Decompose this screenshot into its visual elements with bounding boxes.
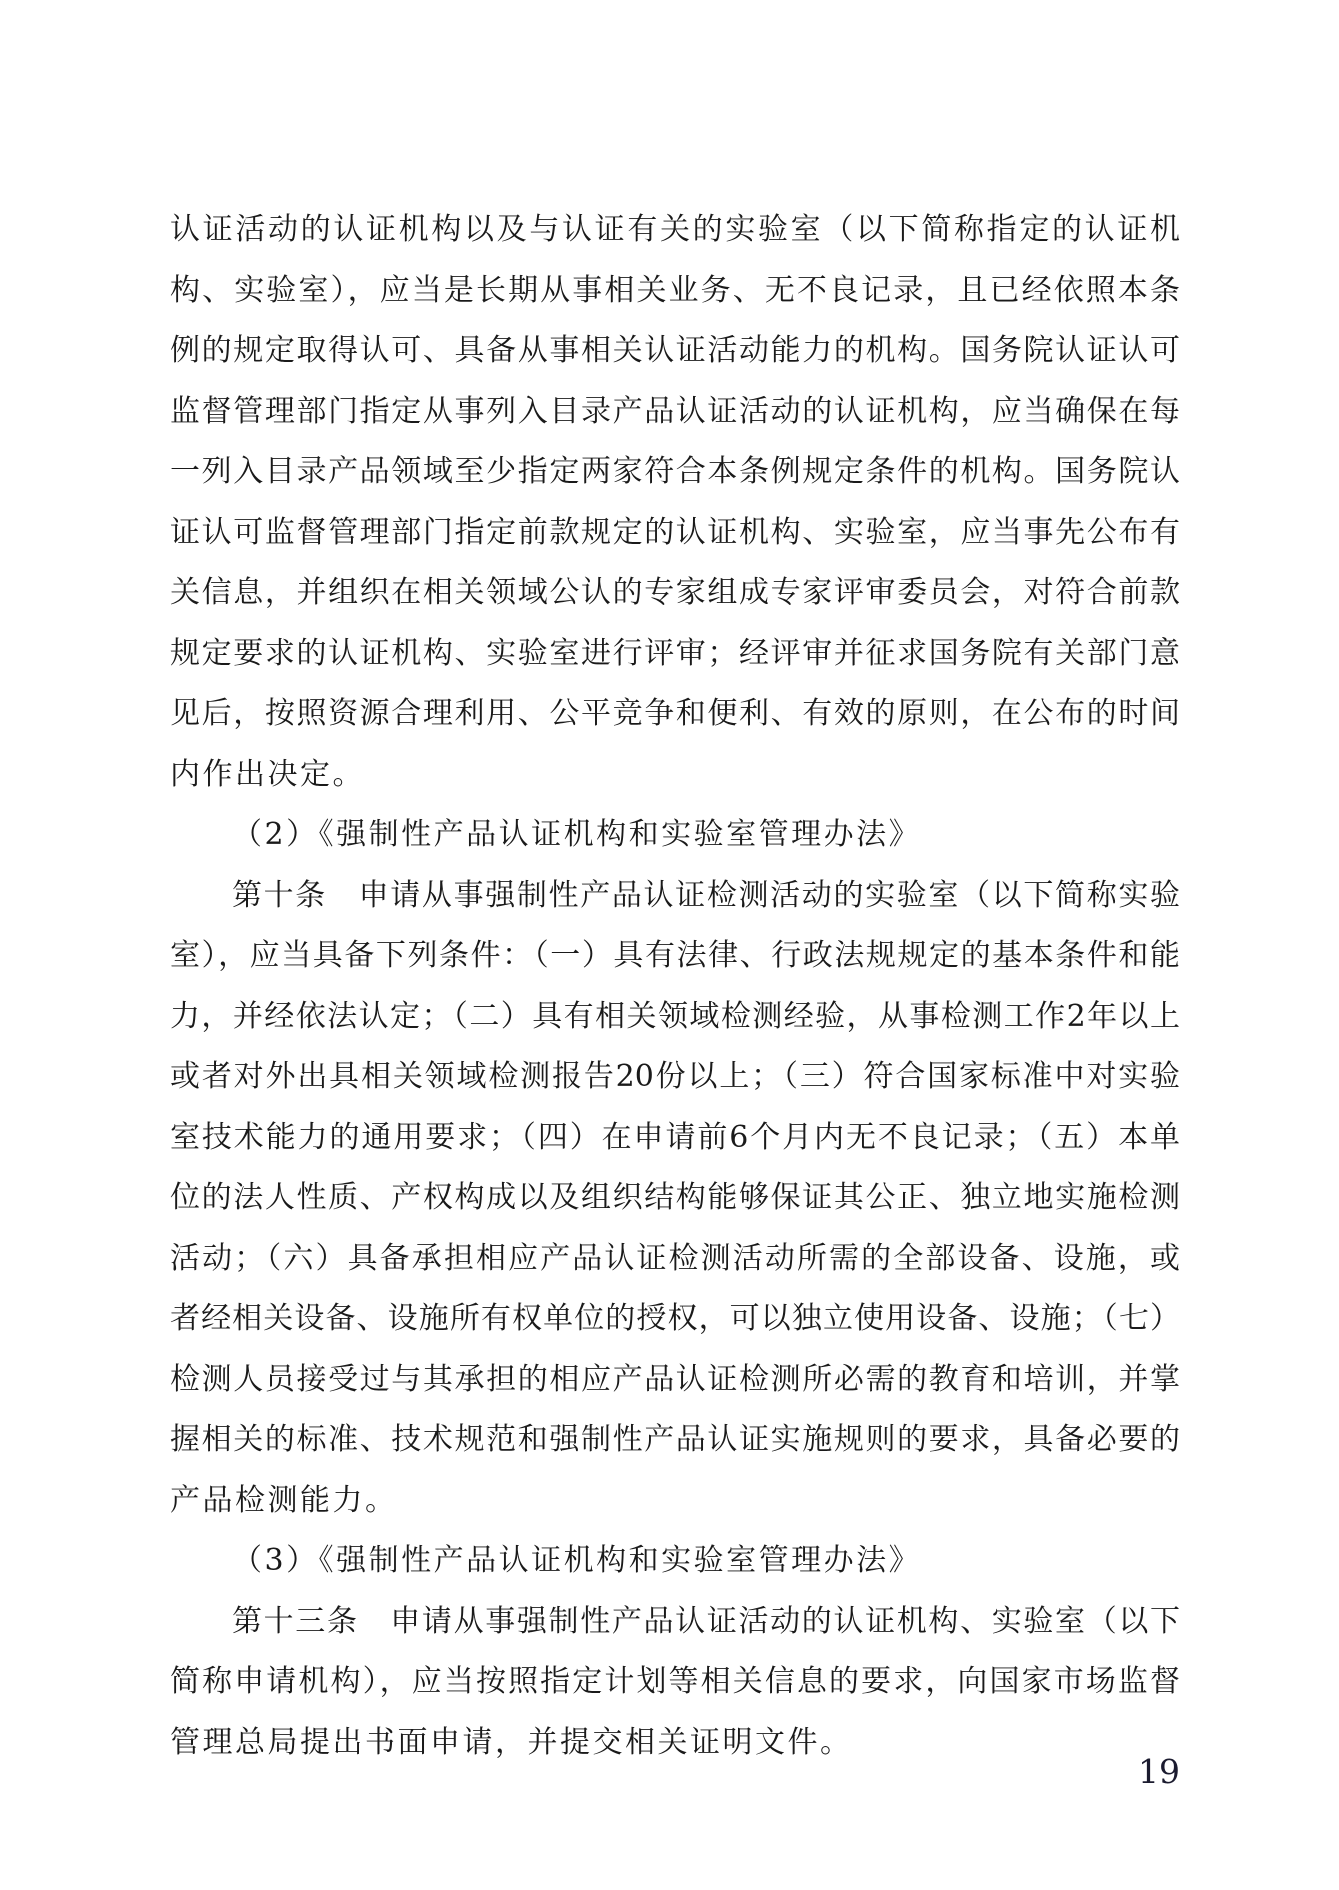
text-line: 室技术能力的通用要求；（四）在申请前6个月内无不良记录；（五）本单: [170, 1108, 1180, 1169]
text-line: 认证活动的认证机构以及与认证有关的实验室（以下简称指定的认证机: [170, 200, 1180, 261]
section-item-heading: （3）《强制性产品认证机构和实验室管理办法》: [170, 1531, 1180, 1592]
section-item-heading: （2）《强制性产品认证机构和实验室管理办法》: [170, 805, 1180, 866]
text-line: 检测人员接受过与其承担的相应产品认证检测所必需的教育和培训，并掌: [170, 1350, 1180, 1411]
text-line: 关信息，并组织在相关领域公认的专家组成专家评审委员会，对符合前款: [170, 563, 1180, 624]
text-line: 管理总局提出书面申请，并提交相关证明文件。: [170, 1713, 1180, 1774]
text-line: 证认可监督管理部门指定前款规定的认证机构、实验室，应当事先公布有: [170, 503, 1180, 564]
text-line: 产品检测能力。: [170, 1471, 1180, 1532]
text-line: 力，并经依法认定；（二）具有相关领域检测经验，从事检测工作2年以上: [170, 987, 1180, 1048]
text-line: 构、实验室），应当是长期从事相关业务、无不良记录，且已经依照本条: [170, 261, 1180, 322]
text-line: 位的法人性质、产权构成以及组织结构能够保证其公正、独立地实施检测: [170, 1168, 1180, 1229]
document-page: { "page": { "number": "19" }, "document"…: [0, 0, 1339, 1890]
text-line: 者经相关设备、设施所有权单位的授权，可以独立使用设备、设施；（七）: [170, 1289, 1180, 1350]
document-body: 认证活动的认证机构以及与认证有关的实验室（以下简称指定的认证机构、实验室），应当…: [170, 200, 1180, 1773]
text-line: 一列入目录产品领域至少指定两家符合本条例规定条件的机构。国务院认: [170, 442, 1180, 503]
text-line: 握相关的标准、技术规范和强制性产品认证实施规则的要求，具备必要的: [170, 1410, 1180, 1471]
text-line: 室），应当具备下列条件：（一）具有法律、行政法规规定的基本条件和能: [170, 926, 1180, 987]
text-line: 第十三条 申请从事强制性产品认证活动的认证机构、实验室（以下: [170, 1592, 1180, 1653]
page-number: 19: [1120, 1750, 1180, 1794]
text-line: 规定要求的认证机构、实验室进行评审；经评审并征求国务院有关部门意: [170, 624, 1180, 685]
text-line: 或者对外出具相关领域检测报告20份以上；（三）符合国家标准中对实验: [170, 1047, 1180, 1108]
text-line: 内作出决定。: [170, 745, 1180, 806]
text-line: 例的规定取得认可、具备从事相关认证活动能力的机构。国务院认证认可: [170, 321, 1180, 382]
text-line: 活动；（六）具备承担相应产品认证检测活动所需的全部设备、设施，或: [170, 1229, 1180, 1290]
text-line: 监督管理部门指定从事列入目录产品认证活动的认证机构，应当确保在每: [170, 382, 1180, 443]
text-line: 见后，按照资源合理利用、公平竞争和便利、有效的原则，在公布的时间: [170, 684, 1180, 745]
text-line: 第十条 申请从事强制性产品认证检测活动的实验室（以下简称实验: [170, 866, 1180, 927]
text-line: 简称申请机构），应当按照指定计划等相关信息的要求，向国家市场监督: [170, 1652, 1180, 1713]
